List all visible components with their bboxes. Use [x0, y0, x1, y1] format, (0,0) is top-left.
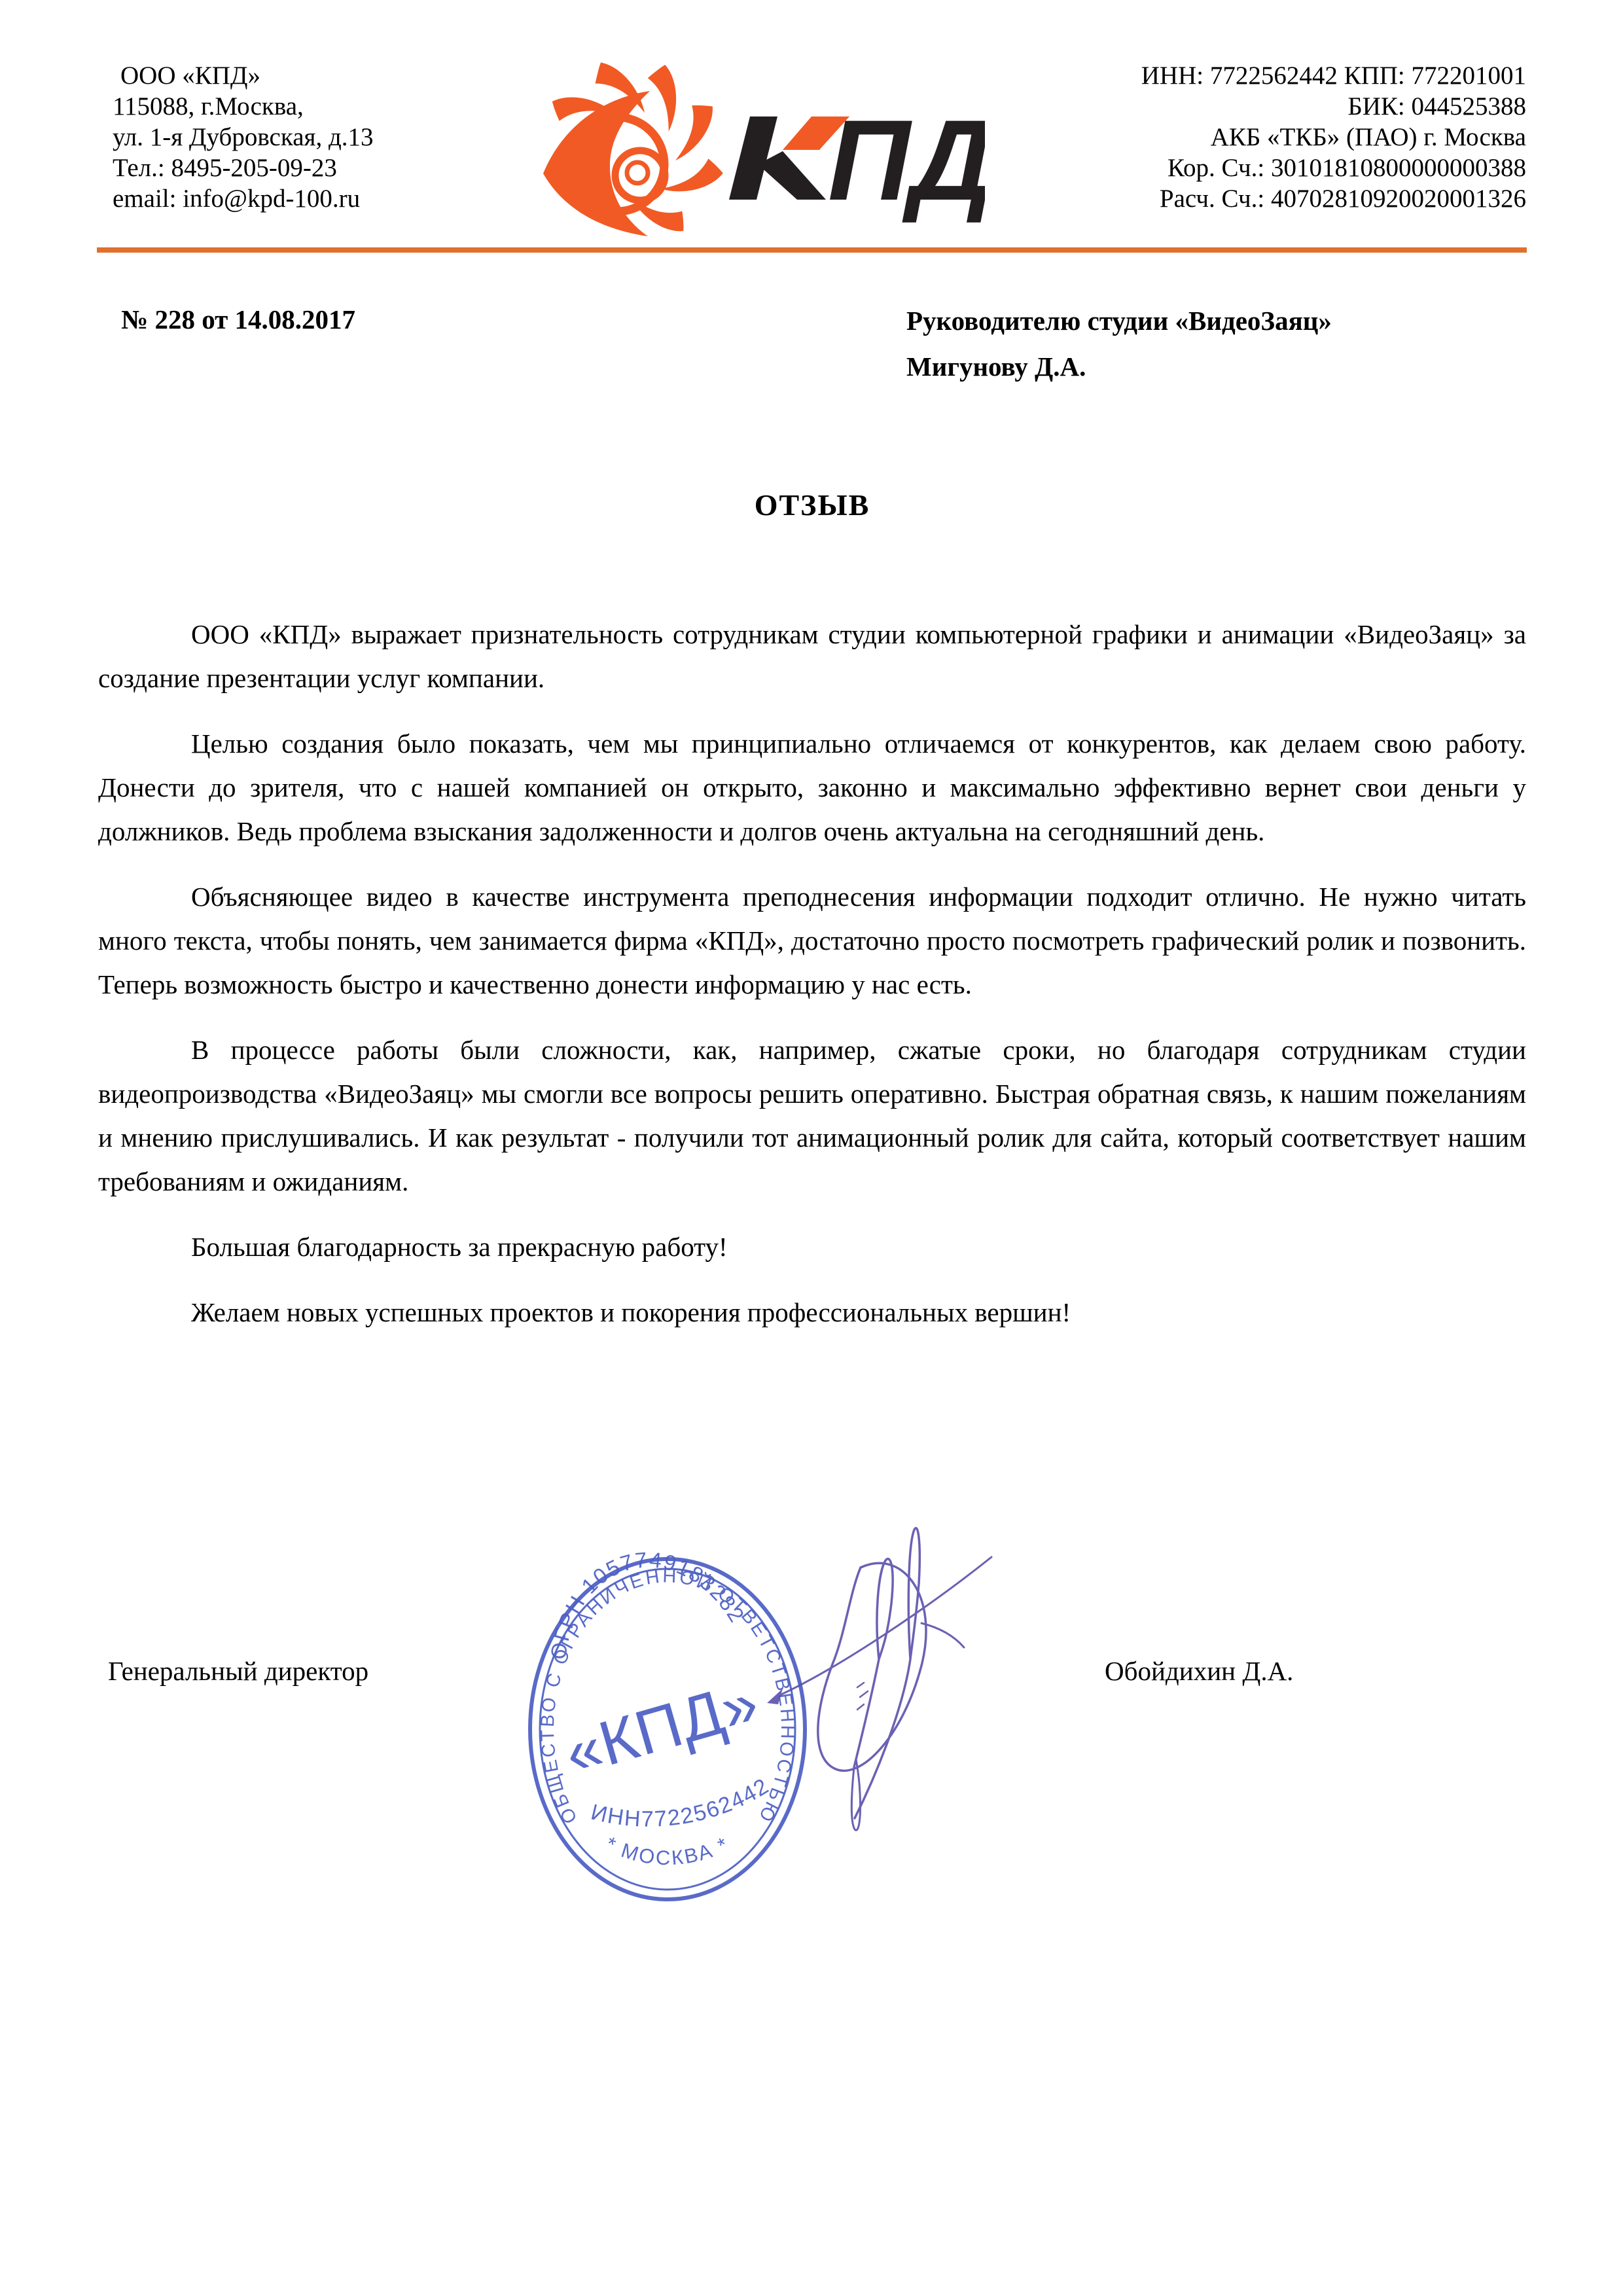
body-paragraph: Большая благодарность за прекрасную рабо… [98, 1225, 1526, 1269]
company-address-line: 115088, г.Москва, [113, 91, 374, 122]
recipient-block: Руководителю студии «ВидеоЗаяц» Мигунову… [906, 298, 1332, 389]
body-paragraph: Целью создания было показать, чем мы при… [98, 722, 1526, 853]
reference-row: № 228 от 14.08.2017 Руководителю студии … [98, 298, 1526, 389]
company-address-line: ООО «КПД» [113, 60, 374, 91]
bank-bik-line: БИК: 044525388 [1141, 91, 1526, 122]
bank-inn-kpp-line: ИНН: 7722562442 КПП: 772201001 [1141, 60, 1526, 91]
company-address-line: ул. 1-я Дубровская, д.13 [113, 122, 374, 152]
recipient-line: Мигунову Д.А. [906, 344, 1332, 389]
logo-wordmark: ПД [729, 97, 985, 224]
company-email-line: email: info@kpd-100.ru [113, 183, 374, 214]
company-logo: ПД [540, 36, 985, 259]
letter-page: ООО «КПД» 115088, г.Москва, ул. 1-я Дубр… [0, 0, 1623, 2296]
letter-title: ОТЗЫВ [98, 488, 1526, 522]
bank-corr-account-line: Кор. Сч.: 30101810800000000388 [1141, 152, 1526, 183]
signature-scribble [484, 1492, 1008, 1924]
bank-settlement-account-line: Расч. Сч.: 40702810920020001326 [1141, 183, 1526, 214]
reference-number: № 228 от 14.08.2017 [121, 298, 355, 342]
signatory-position: Генеральный директор [108, 1649, 368, 1693]
logo-swirl-icon [543, 54, 726, 245]
letter-content: № 228 от 14.08.2017 Руководителю студии … [98, 298, 1526, 1356]
body-paragraph: Желаем новых успешных проектов и покорен… [98, 1291, 1526, 1335]
bank-details-block: ИНН: 7722562442 КПП: 772201001 БИК: 0445… [1141, 60, 1526, 214]
signatory-name: Обойдихин Д.А. [1105, 1649, 1293, 1693]
body-paragraph: Объясняющее видео в качестве инструмента… [98, 875, 1526, 1007]
logo-wordmark-tail: ПД [828, 97, 985, 224]
company-address-block: ООО «КПД» 115088, г.Москва, ул. 1-я Дубр… [113, 60, 374, 214]
body-paragraph: ООО «КПД» выражает признательность сотру… [98, 613, 1526, 700]
company-phone-line: Тел.: 8495-205-09-23 [113, 152, 374, 183]
body-paragraph: В процессе работы были сложности, как, н… [98, 1028, 1526, 1204]
bank-name-line: АКБ «ТКБ» (ПАО) г. Москва [1141, 122, 1526, 152]
header-rule [97, 247, 1527, 253]
recipient-line: Руководителю студии «ВидеоЗаяц» [906, 298, 1332, 344]
